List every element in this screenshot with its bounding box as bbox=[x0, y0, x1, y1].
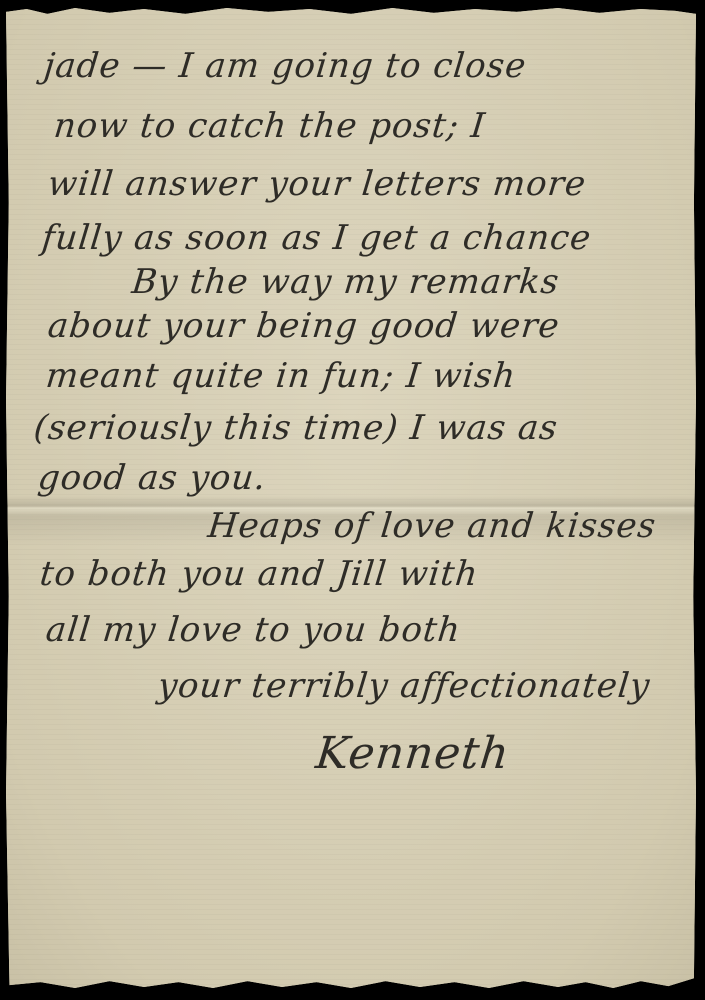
letter-page: jade — I am going to close now to catch … bbox=[6, 6, 696, 990]
letter-line-8: (seriously this time) I was as bbox=[32, 408, 560, 448]
letter-line-4: fully as soon as I get a chance bbox=[40, 218, 594, 258]
letter-line-6: about your being good were bbox=[46, 306, 562, 346]
letter-line-11: to both you and Jill with bbox=[38, 554, 480, 594]
letter-line-3: will answer your letters more bbox=[46, 164, 588, 204]
letter-line-1: jade — I am going to close bbox=[42, 46, 529, 86]
letter-signature: Kenneth bbox=[313, 728, 512, 779]
letter-line-2: now to catch the post; I bbox=[52, 106, 488, 146]
letter-line-10: Heaps of love and kisses bbox=[206, 506, 658, 546]
letter-line-12: all my love to you both bbox=[44, 610, 463, 650]
letter-line-5: By the way my remarks bbox=[130, 262, 562, 302]
letter-closing: your terribly affectionately bbox=[156, 666, 652, 706]
letter-line-9: good as you. bbox=[36, 458, 268, 498]
letter-line-7: meant quite in fun; I wish bbox=[44, 356, 518, 396]
